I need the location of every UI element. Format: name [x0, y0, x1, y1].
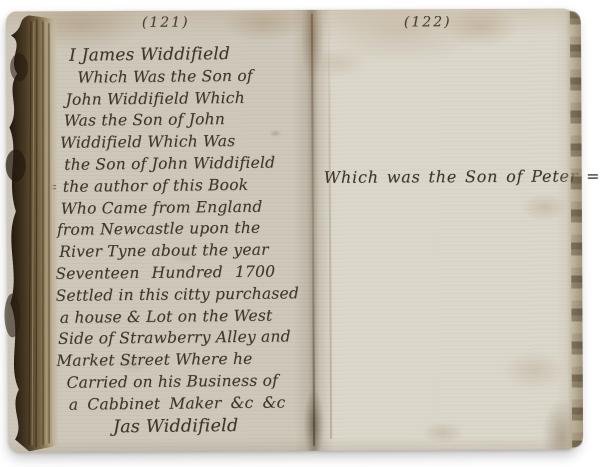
left-page-number: (121) — [142, 15, 190, 31]
signature: Jas Widdifield — [113, 415, 301, 439]
fore-edge-mottling — [570, 10, 583, 447]
spine-leaf-edges — [1, 15, 59, 451]
handwritten-line: from Newcastle upon the — [57, 218, 299, 242]
handwritten-line: a house & Lot on the West — [60, 305, 300, 329]
gutter-crease-line — [311, 14, 315, 446]
handwritten-line: Which was the Son of Peter = — [324, 165, 600, 188]
handwritten-line: River Tyne about the year — [59, 240, 299, 264]
manuscript-book: (121) I James Widdifield Which Was the S… — [6, 9, 580, 453]
handwritten-line: a Cabbinet Maker &c &c — [69, 392, 301, 416]
handwritten-line: Which Was the Son of — [77, 65, 297, 89]
handwritten-line: Seventeen Hundred 1700 — [55, 261, 299, 285]
handwritten-line: Side of Strawberry Alley and — [58, 327, 300, 351]
handwritten-line: I James Widdifield — [69, 43, 297, 67]
handwritten-line: Widdifield Which Was — [60, 131, 298, 155]
handwritten-line: Who Came from England — [61, 196, 299, 220]
right-page-number: (122) — [404, 14, 452, 30]
handwritten-line: Was the Son of John — [64, 109, 298, 133]
handwritten-line: Market Street Where he — [56, 348, 300, 372]
handwritten-line: the Son of John Widdifield — [64, 152, 298, 176]
underlying-page-edge — [328, 16, 332, 439]
fore-edge — [555, 10, 583, 447]
handwritten-line: John Widdifield Which — [65, 87, 297, 111]
handwritten-line: Settled in this citty purchased — [56, 283, 300, 307]
left-page-text: I James Widdifield Which Was the Son of … — [53, 43, 301, 439]
handwritten-line: = the author of this Book — [44, 174, 298, 198]
handwritten-line: Carried on his Business of — [66, 370, 300, 394]
